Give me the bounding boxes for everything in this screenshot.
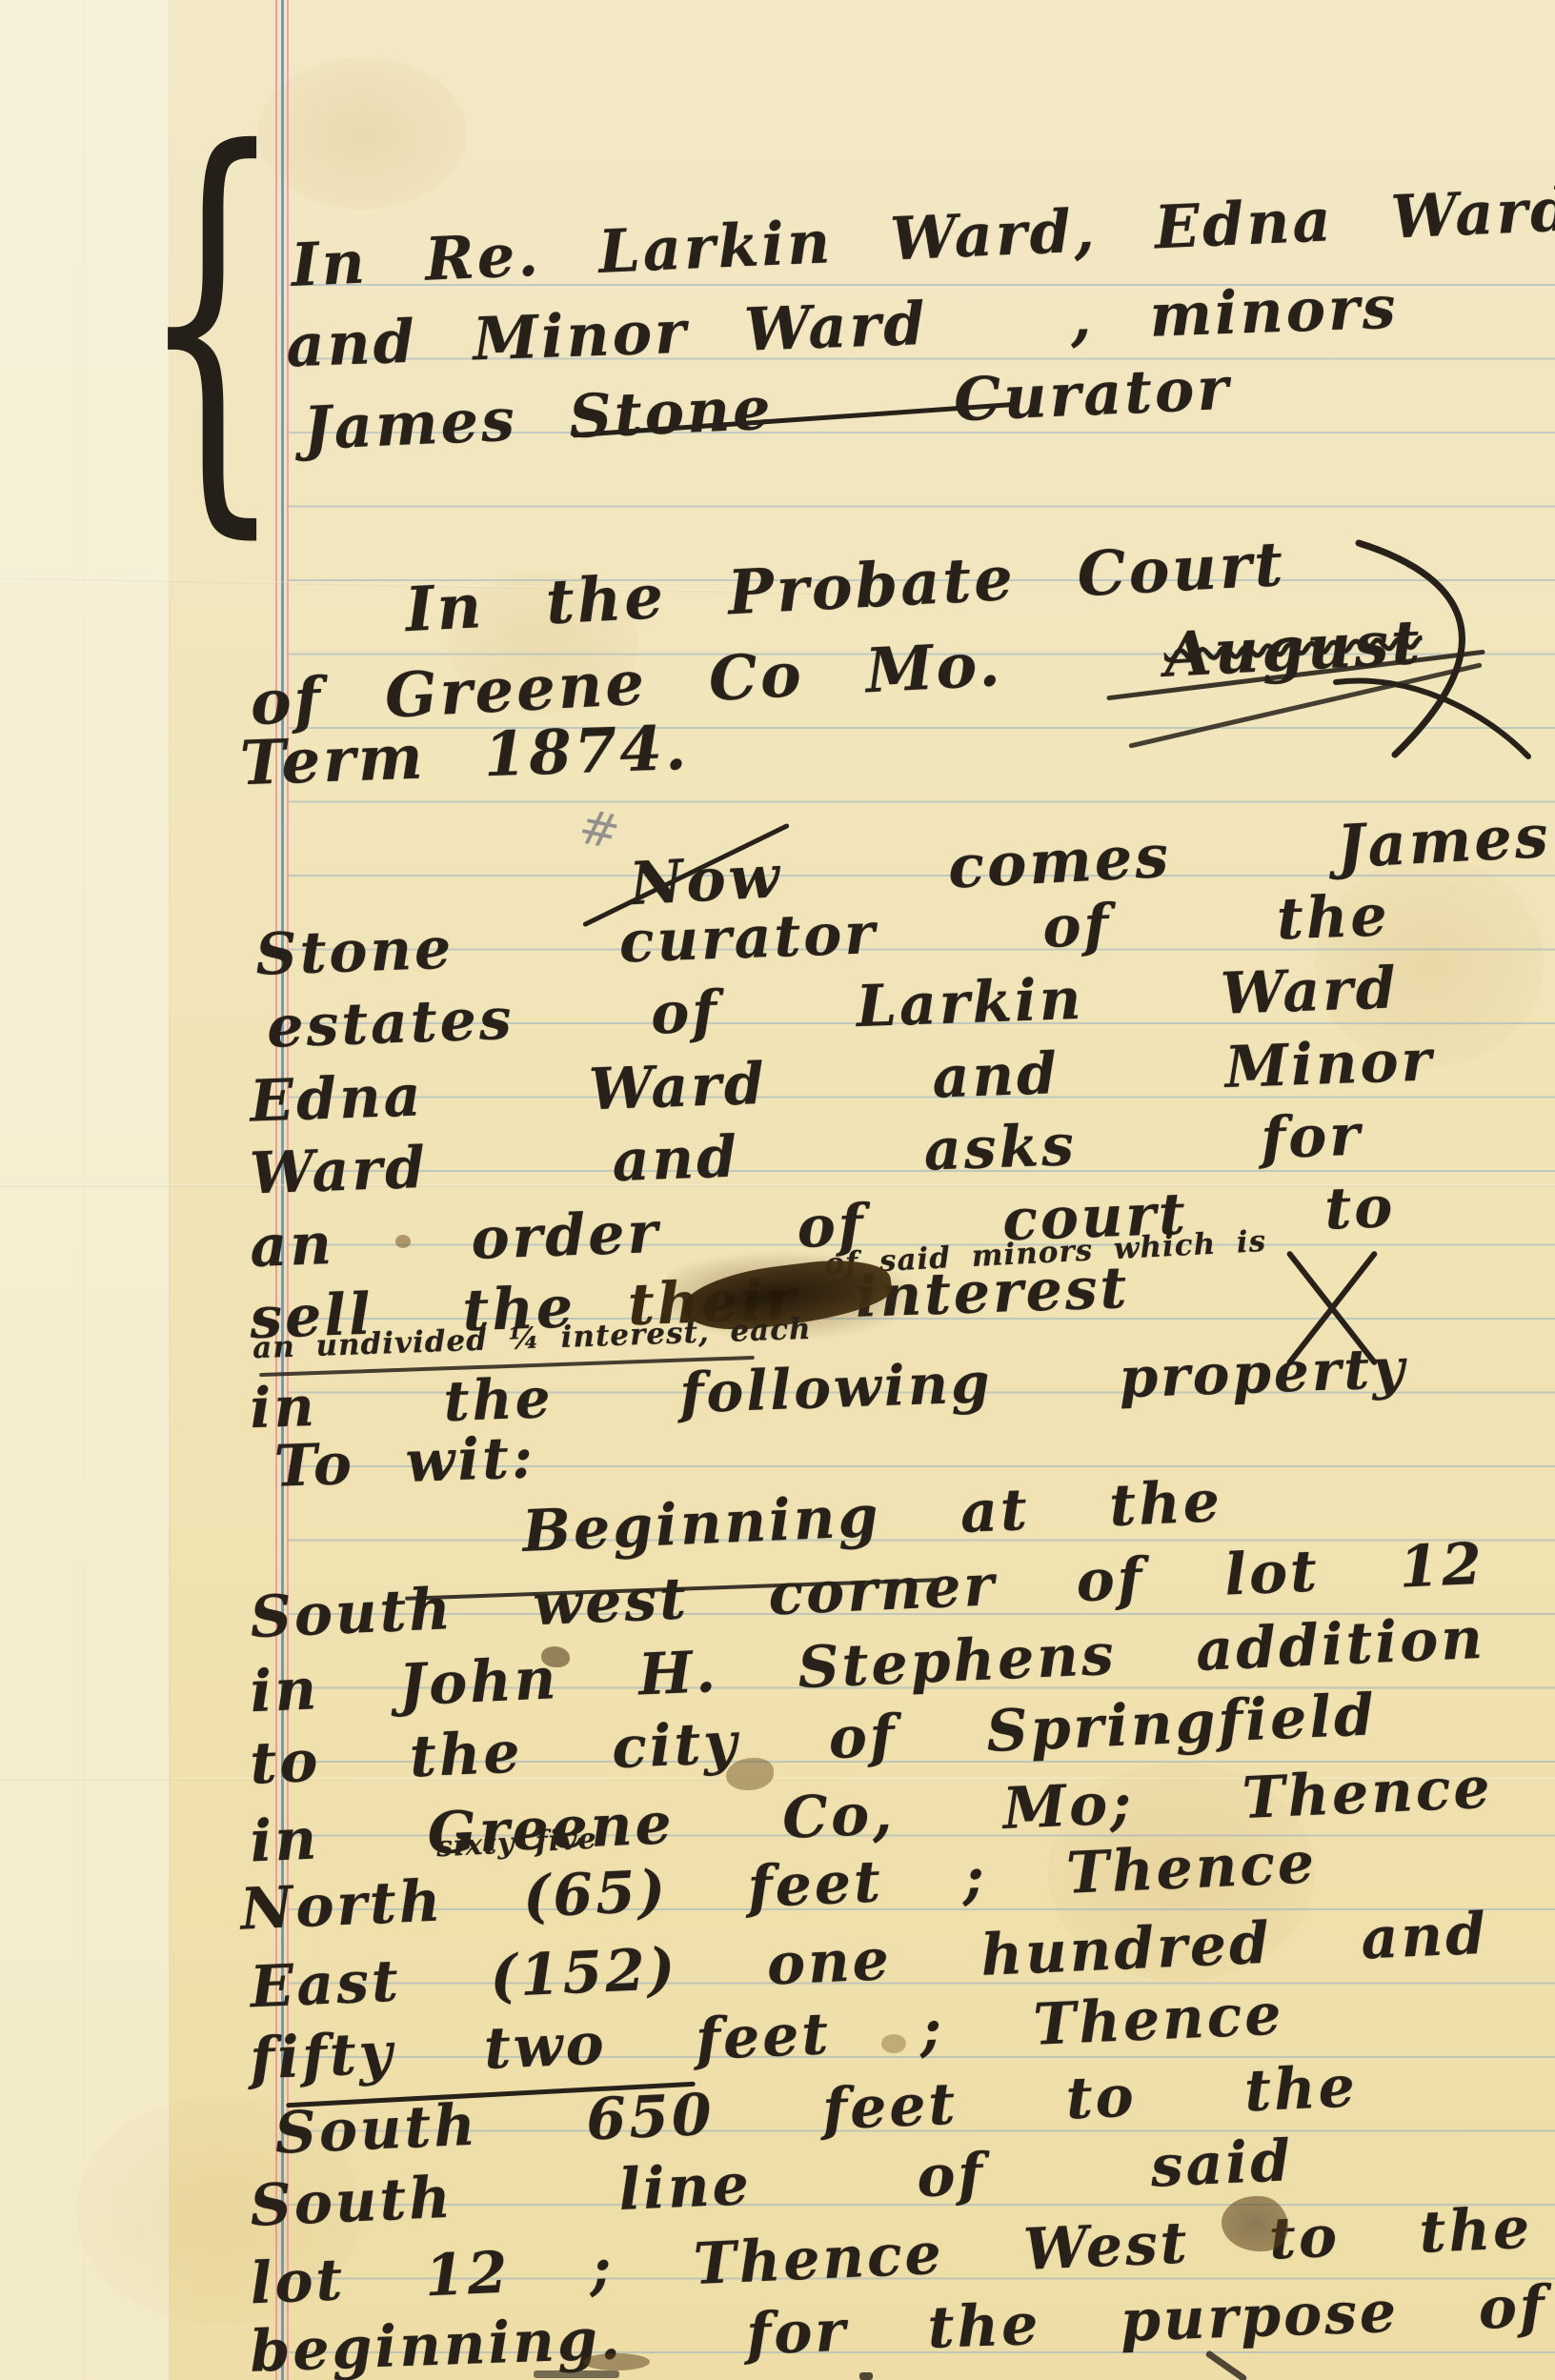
spacer [623,2354,747,2359]
handwritten-document-page: { In Re. Larkin Ward, Edna Ward, and Min… [0,0,1555,2380]
spacer [1003,676,1165,685]
description-line-12a: beginning. [249,2306,624,2380]
caption-line-3-right: Curator [953,353,1233,435]
age-stain [257,57,467,210]
cutoff-ink-fragment [859,2372,873,2380]
spacer [928,339,1071,344]
court-line-3: Term 1874. [239,718,690,795]
insert-sixty-five: sixty five [435,1825,597,1863]
spacer [774,420,955,428]
petition-line-7b: interest [855,1255,1131,1331]
cutoff-ink-fragment [534,2370,619,2378]
pen-flourish [1332,539,1542,763]
petition-line-9: To wit: [273,1429,536,1496]
caption-brace: { [139,99,285,537]
fold-crease [82,0,84,2380]
caption-line-2-right: , minors [1069,272,1400,353]
